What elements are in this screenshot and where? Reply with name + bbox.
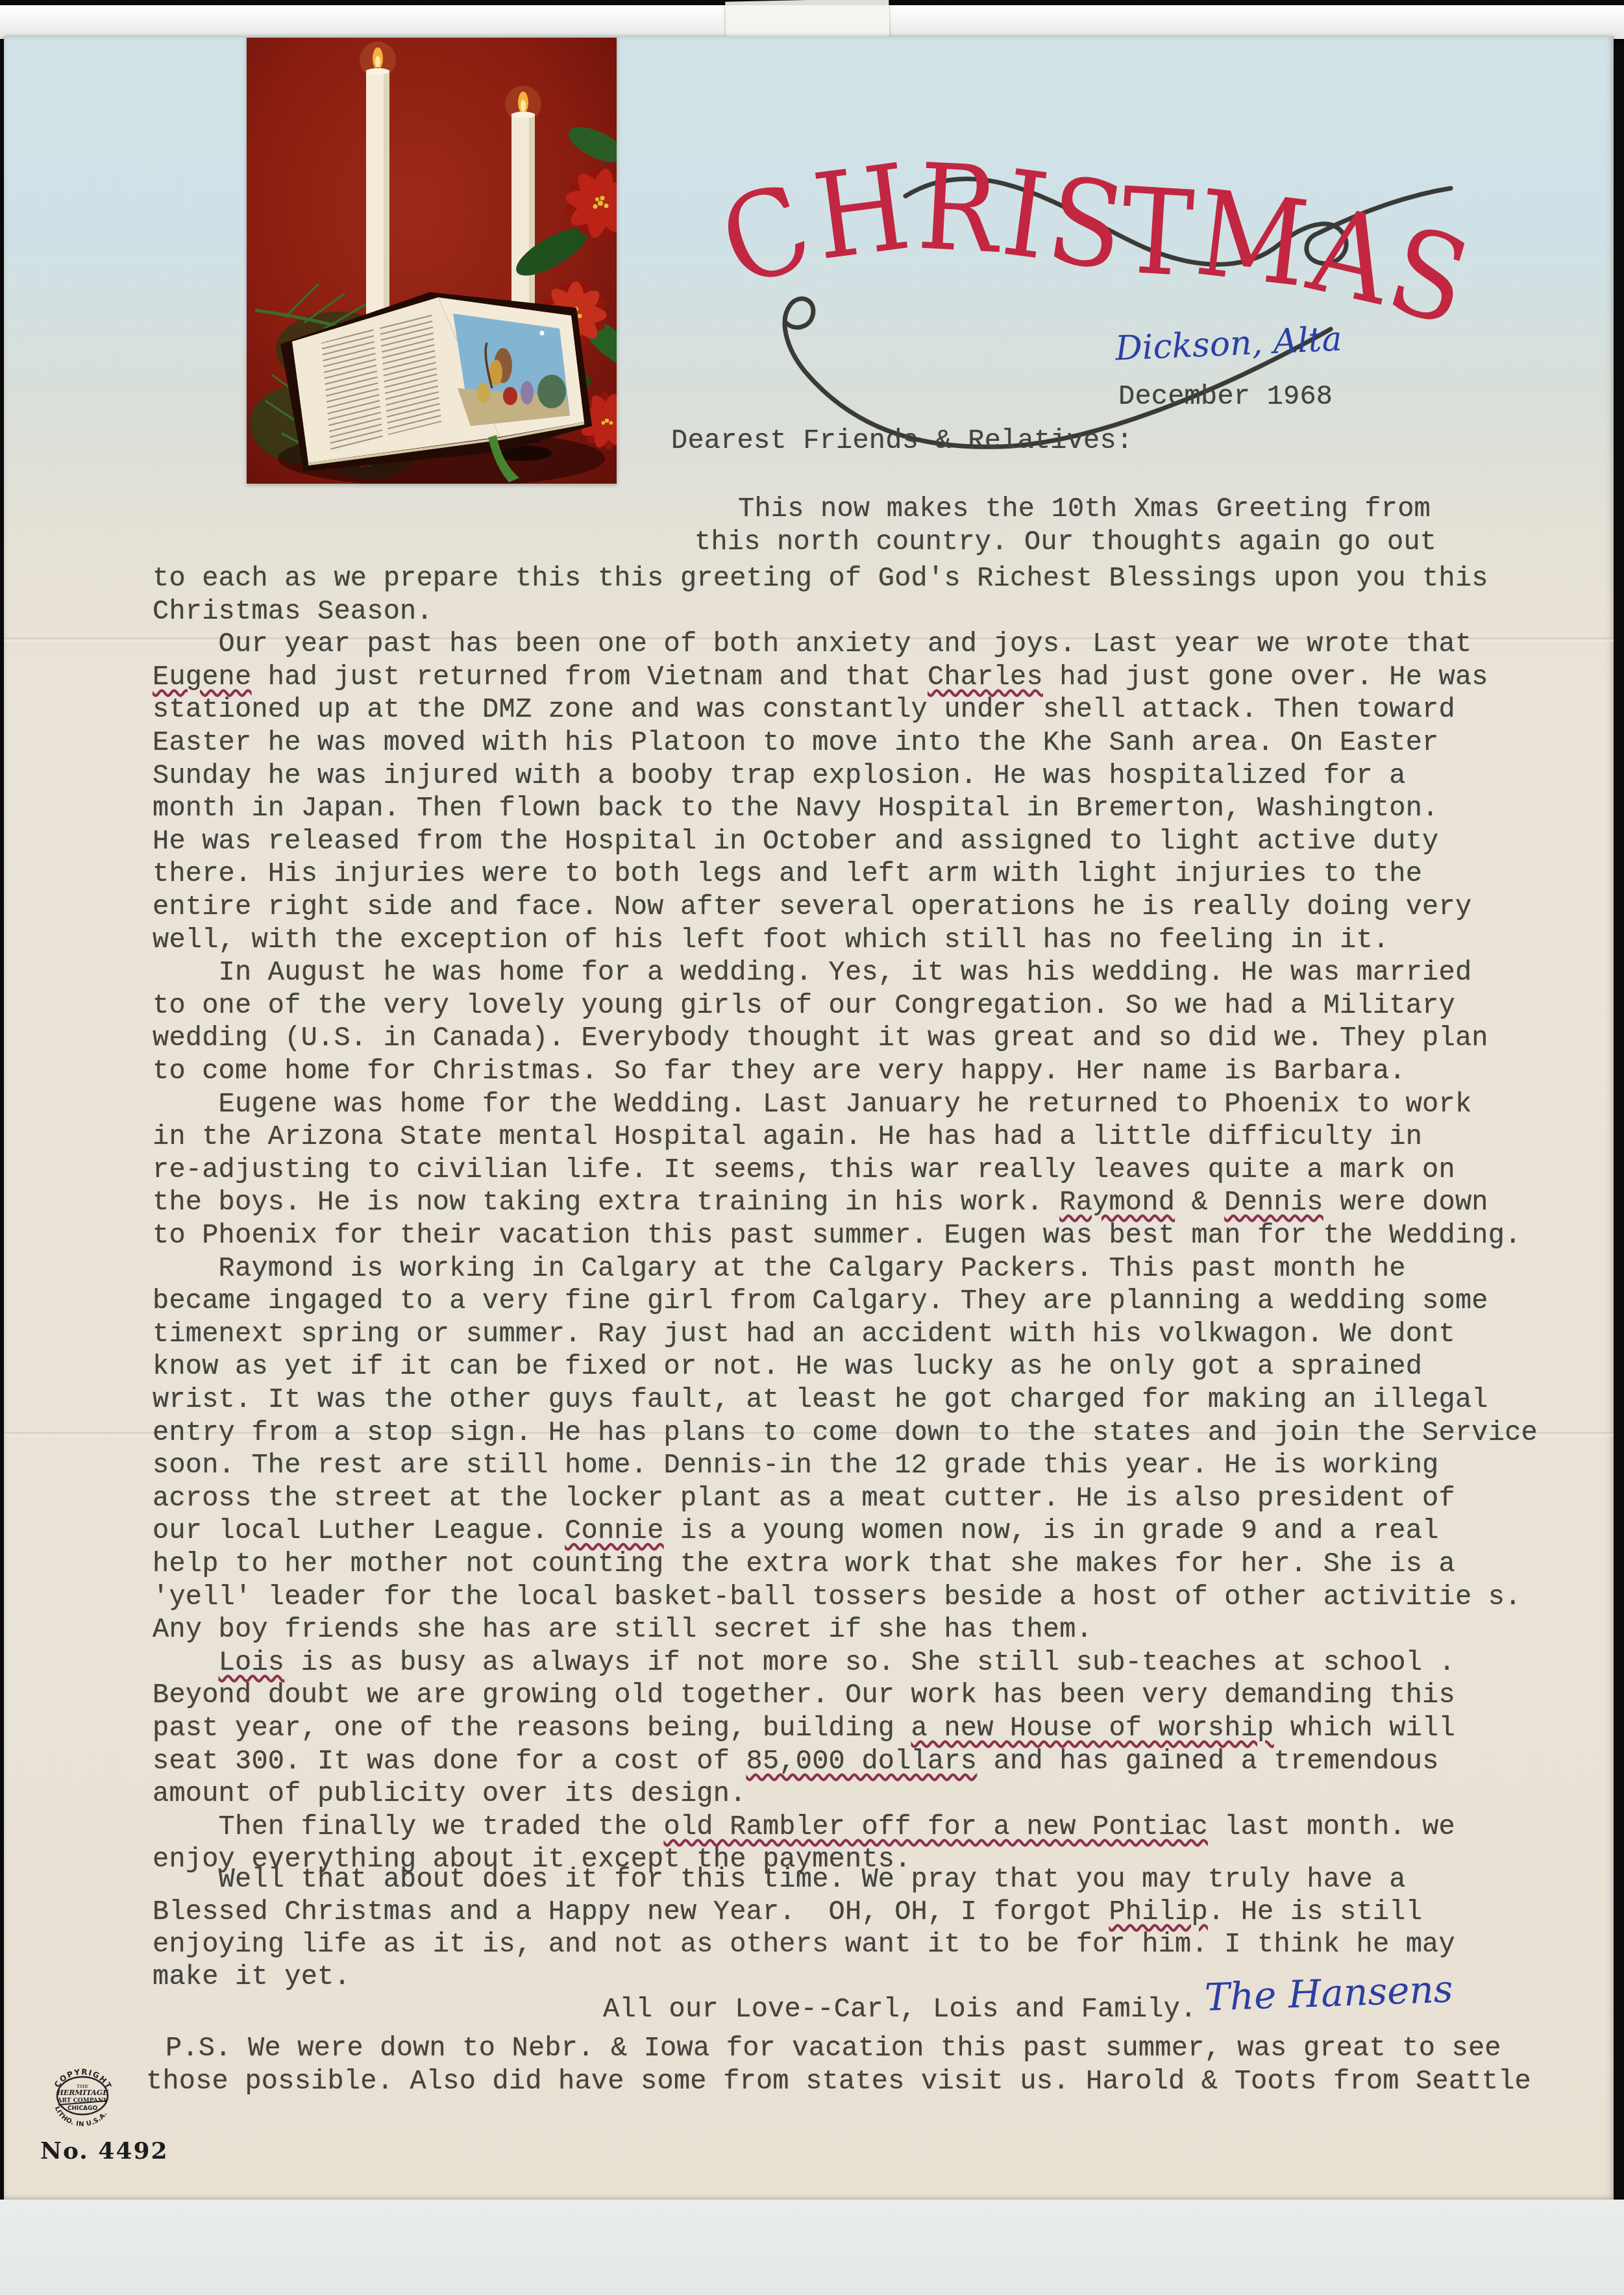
body-line: month in Japan. Then flown back to the N…: [153, 793, 1439, 823]
body-line: timenext spring or summer. Ray just had …: [153, 1319, 1455, 1349]
body-line: our local Luther League. Connie is a you…: [153, 1516, 1439, 1546]
body-line: Eugene was home for the Wedding. Last Ja…: [153, 1089, 1471, 1119]
body-line: In August he was home for a wedding. Yes…: [153, 958, 1471, 987]
body-line: soon. The rest are still home. Dennis-in…: [153, 1450, 1439, 1480]
bible-text-column: [380, 314, 441, 435]
body-line: stationed up at the DMZ zone and was con…: [153, 695, 1455, 725]
body-line: make it yet.: [153, 1962, 351, 1992]
letterhead-title: CHRISTMAS: [714, 138, 1486, 353]
bible-text-column: [321, 329, 383, 453]
intro-line: This now makes the 10th Xmas Greeting fr…: [738, 494, 1431, 524]
body-line: Easter he was moved with his Platoon to …: [153, 728, 1439, 758]
body-line: in the Arizona State mental Hospital aga…: [153, 1122, 1422, 1152]
handwritten-signature: The Hansens: [1204, 1966, 1454, 2019]
body-line: Any boy friends she has are still secret…: [153, 1615, 1092, 1644]
hermitage-stamp-icon: COPYRIGHT THE HERMITAGE ART COMPANY CHIC…: [47, 2065, 118, 2133]
body-line: Lois is as busy as always if not more so…: [153, 1648, 1455, 1678]
body-line: those possible. Also did have some from …: [146, 2066, 1531, 2096]
body-line: 'yell' leader for the local basket-ball …: [153, 1582, 1521, 1612]
christmas-photo: [247, 38, 617, 484]
body-line: Christmas Season.: [153, 597, 433, 626]
body-line: across the street at the locker plant as…: [153, 1483, 1455, 1513]
body-line: to each as we prepare this this greeting…: [153, 564, 1488, 593]
date-line: December 1968: [1118, 382, 1333, 412]
body-line: Our year past has been one of both anxie…: [153, 629, 1471, 659]
item-number: No. 4492: [40, 2137, 169, 2165]
body-line: Eugene had just returned from Vietnam an…: [153, 662, 1488, 692]
svg-text:CHICAGO: CHICAGO: [68, 2105, 97, 2112]
svg-text:HERMITAGE: HERMITAGE: [56, 2089, 108, 2097]
body-line: past year, one of the reasons being, bui…: [153, 1713, 1455, 1743]
body-line: entire right side and face. Now after se…: [153, 892, 1471, 922]
bible-illustration: [453, 314, 570, 426]
salutation-line: Dearest Friends & Relatives:: [671, 426, 1133, 456]
body-line: amount of publicity over its design.: [153, 1779, 746, 1809]
body-line: Beyond doubt we are growing old together…: [153, 1680, 1455, 1710]
body-line: All our Love--Carl, Lois and Family.: [603, 1994, 1197, 2024]
body-line: Blessed Christmas and a Happy new Year. …: [153, 1897, 1422, 1927]
body-line: to one of the very lovely young girls of…: [153, 991, 1455, 1021]
body-line: P.S. We were down to Nebr. & Iowa for va…: [166, 2033, 1501, 2063]
body-line: wedding (U.S. in Canada). Everybody thou…: [153, 1023, 1488, 1053]
body-line: enjoying life as it is, and not as other…: [153, 1929, 1455, 1959]
body-line: wrist. It was the other guys fault, at l…: [153, 1385, 1488, 1415]
body-line: Raymond is working in Calgary at the Cal…: [153, 1254, 1406, 1284]
body-line: seat 300. It was done for a cost of 85,0…: [153, 1746, 1439, 1776]
body-line: to Phoenix for their vacation this past …: [153, 1221, 1521, 1250]
intro-line: this north country. Our thoughts again g…: [695, 527, 1436, 557]
body-line: Sunday he was injured with a booby trap …: [153, 761, 1406, 791]
body-line: know as yet if it can be fixed or not. H…: [153, 1352, 1422, 1382]
body-line: the boys. He is now taking extra trainin…: [153, 1187, 1488, 1217]
body-line: to come home for Christmas. So far they …: [153, 1056, 1406, 1086]
scanned-letter-page: CHRISTMAS Dickson, Alta December 1968 De…: [0, 0, 1624, 2295]
body-line: Then finally we traded the old Rambler o…: [153, 1812, 1455, 1842]
body-line: help to her mother not counting the extr…: [153, 1549, 1455, 1579]
body-line: there. His injuries were to both legs an…: [153, 859, 1422, 889]
body-line: re-adjusting to civilian life. It seems,…: [153, 1155, 1455, 1185]
backing-sheet: [0, 2200, 1624, 2295]
body-line: Well that about does it for this time. W…: [153, 1865, 1406, 1894]
body-line: well, with the exception of his left foo…: [153, 925, 1389, 955]
body-line: He was released from the Hospital in Oct…: [153, 826, 1439, 856]
body-line: entry from a stop sign. He has plans to …: [153, 1418, 1538, 1448]
body-line: became ingaged to a very fine girl from …: [153, 1286, 1488, 1316]
